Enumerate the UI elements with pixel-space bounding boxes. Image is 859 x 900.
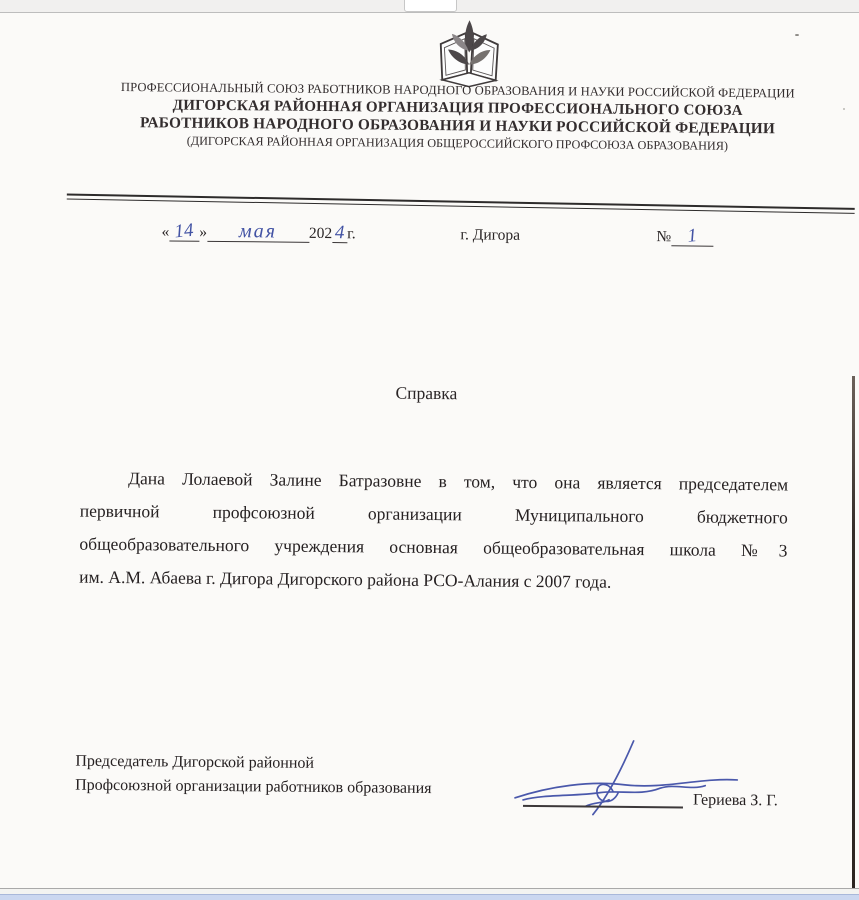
handwritten-doc-number: 1 bbox=[671, 226, 713, 246]
scan-edge-shadow bbox=[852, 376, 855, 888]
date-group: «14»мая2024г. bbox=[161, 220, 355, 243]
handwritten-month: мая bbox=[207, 221, 309, 243]
org-header: ПРОФЕССИОНАЛЬНЫЙ СОЮЗ РАБОТНИКОВ НАРОДНО… bbox=[57, 79, 858, 155]
scan-speck bbox=[795, 34, 799, 36]
document-body: Дана Лолаевой Залине Батразовне в том, ч… bbox=[79, 462, 788, 601]
scan-speck bbox=[843, 108, 845, 110]
city-label: г. Дигора bbox=[460, 226, 520, 245]
handwritten-day: 14 bbox=[169, 221, 199, 241]
top-chrome-bar bbox=[0, 0, 859, 13]
document-title: Справка bbox=[0, 379, 856, 408]
signer-role-line-2: Профсоюзной организации работников образ… bbox=[75, 774, 432, 801]
handwritten-year-digit: 4 bbox=[332, 223, 347, 243]
year-suffix: г. bbox=[347, 225, 356, 242]
signer-role: Председатель Дигорской районной Профсоюз… bbox=[75, 750, 432, 801]
quote-close: » bbox=[199, 224, 207, 241]
doc-number-label: № bbox=[656, 228, 671, 245]
year-printed: 202 bbox=[309, 225, 332, 242]
signer-name: Гериева З. Г. bbox=[693, 792, 778, 811]
window-edge-strip bbox=[0, 894, 859, 900]
doc-number-group: №1 bbox=[656, 226, 713, 247]
page-handle-tab[interactable] bbox=[404, 0, 457, 12]
open-book-with-leaves-icon bbox=[432, 19, 507, 90]
header-divider-rule bbox=[67, 193, 855, 213]
body-line: им. А.М. Абаева г. Дигора Дигорского рай… bbox=[79, 561, 787, 601]
date-line: «14»мая2024г. г. Дигора №1 bbox=[0, 219, 858, 257]
document-viewer: ПРОФЕССИОНАЛЬНЫЙ СОЮЗ РАБОТНИКОВ НАРОДНО… bbox=[0, 0, 859, 900]
document-scan: ПРОФЕССИОНАЛЬНЫЙ СОЮЗ РАБОТНИКОВ НАРОДНО… bbox=[0, 13, 859, 895]
quote-open: « bbox=[161, 223, 169, 240]
signer-role-line-1: Председатель Дигорской районной bbox=[75, 750, 432, 777]
